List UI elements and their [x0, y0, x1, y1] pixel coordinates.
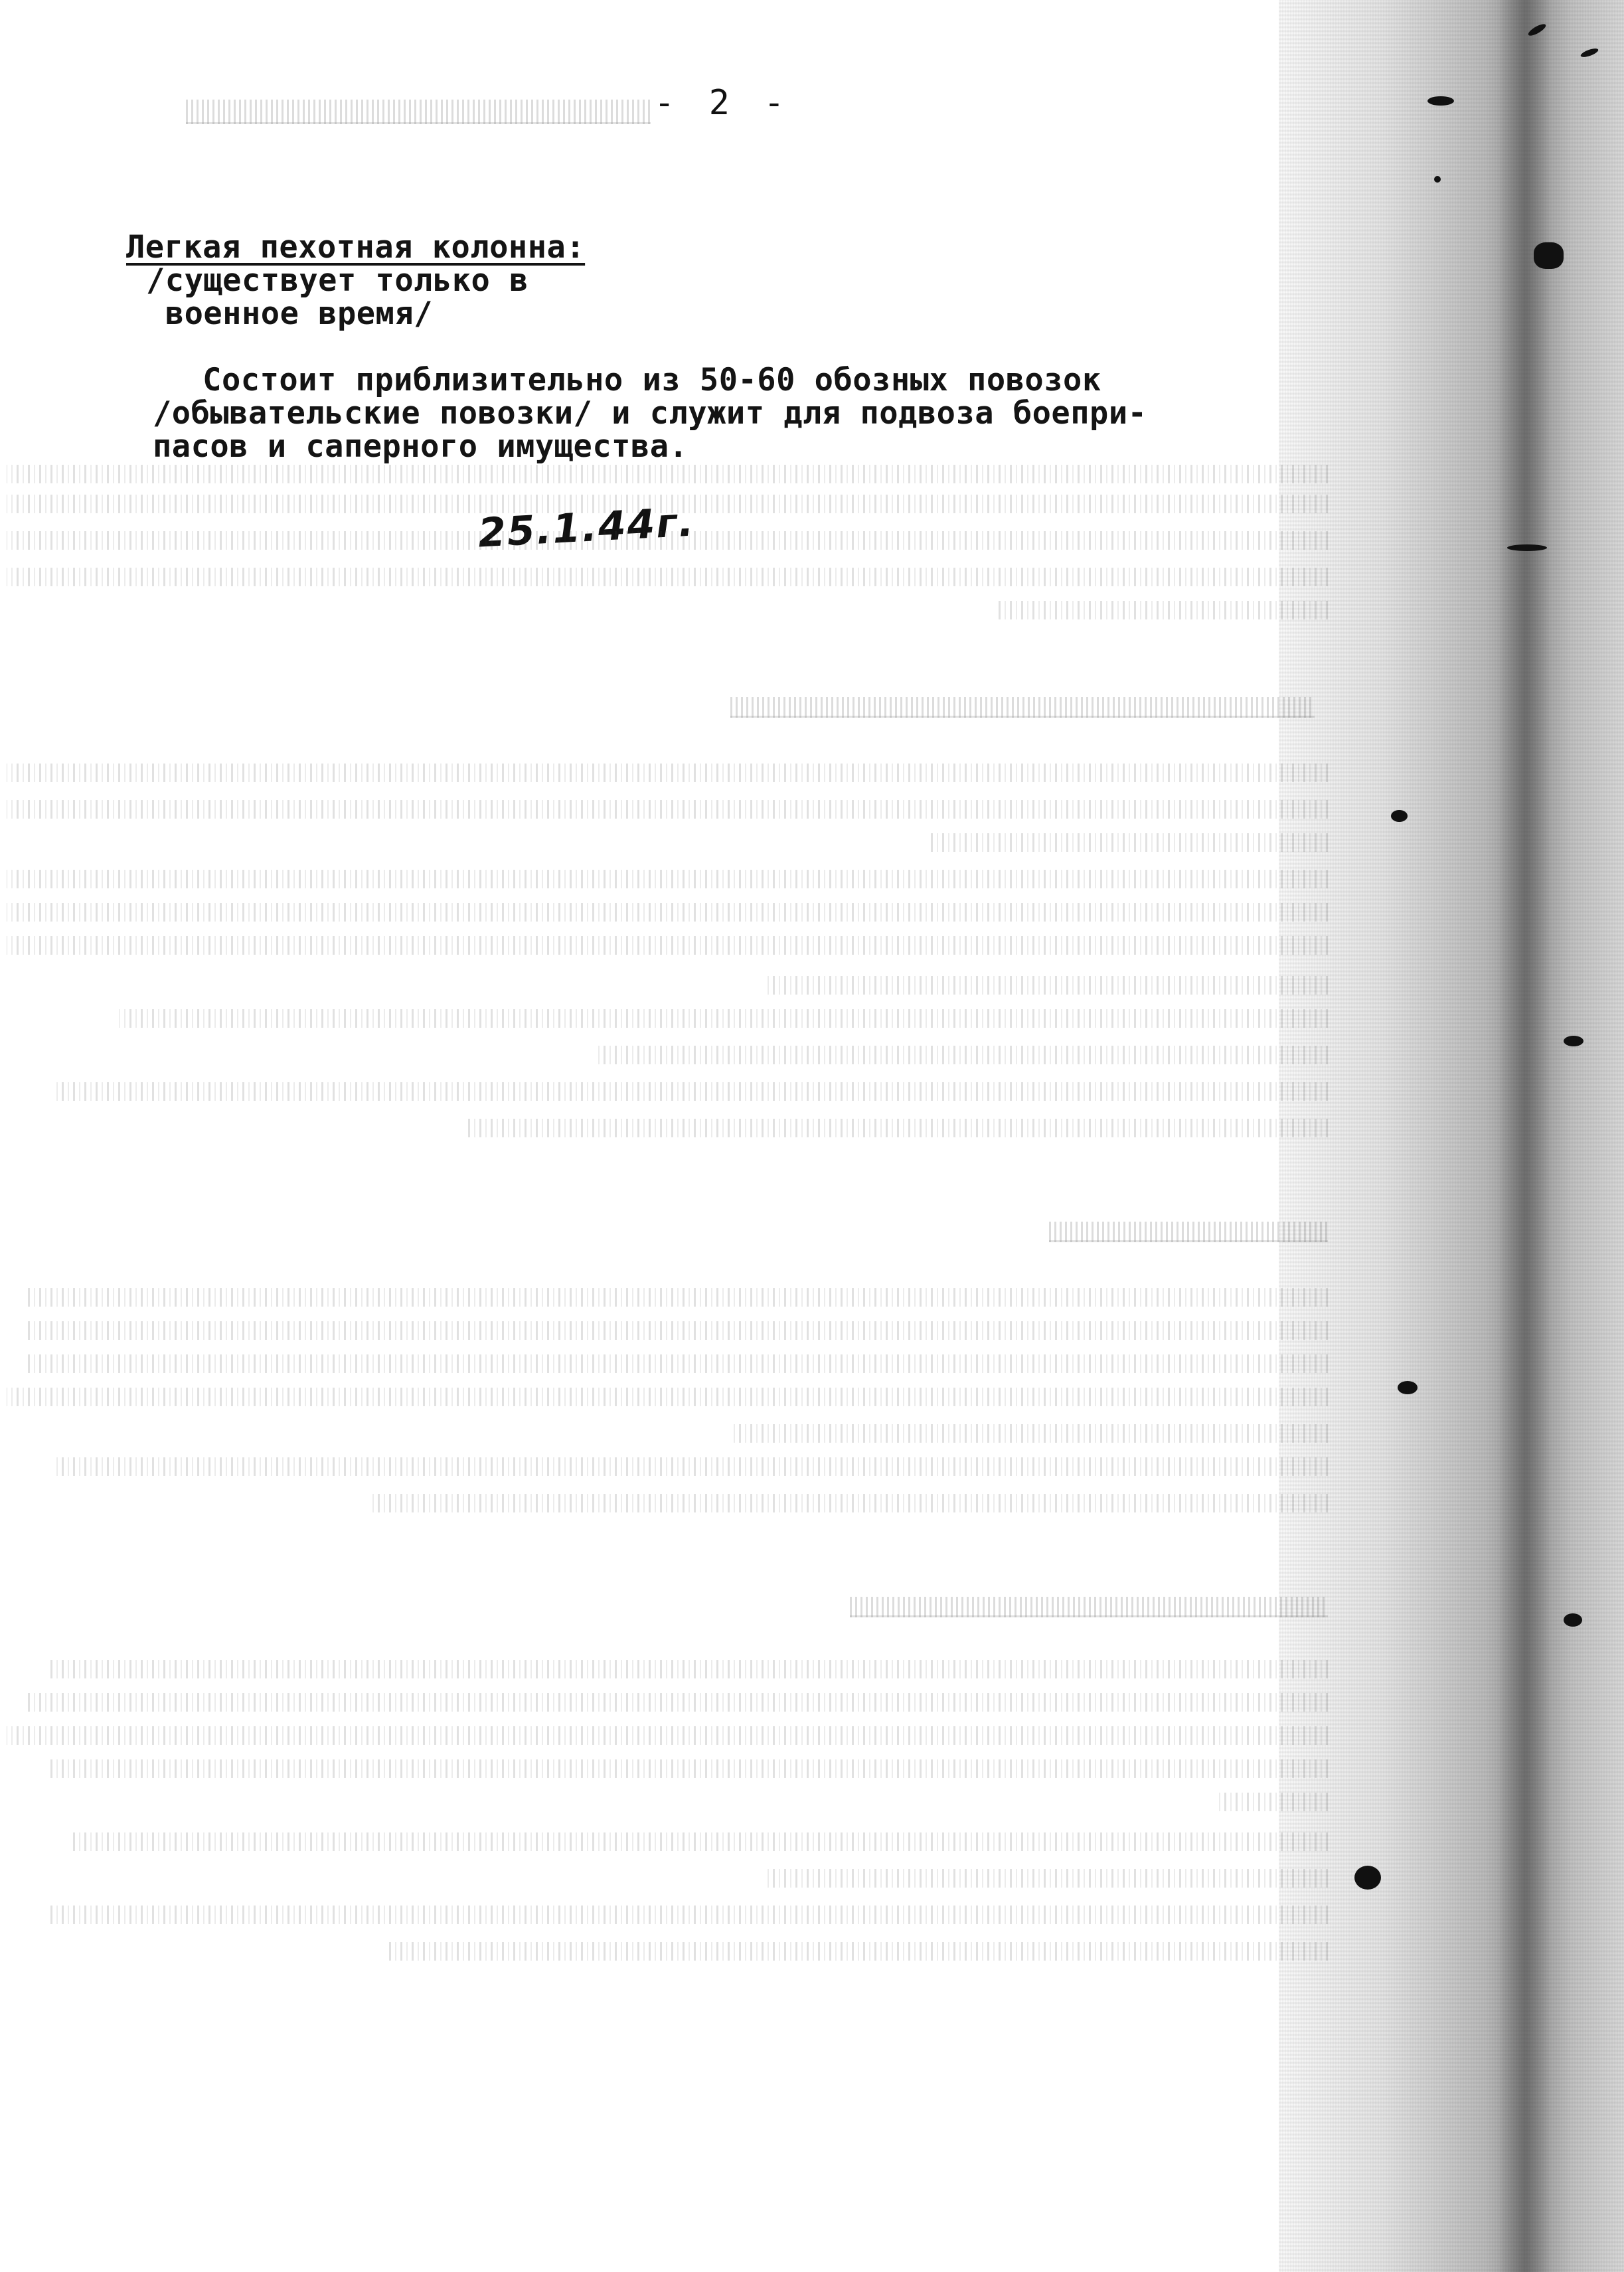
paragraph-line-3: пасов и саперного имущества.: [153, 430, 1414, 463]
binding-mark: [1391, 810, 1408, 822]
binding-edge-shadow: [1279, 0, 1624, 2272]
binding-crease: [1498, 0, 1551, 2272]
section-title: Легкая пехотная колонна:: [126, 231, 585, 264]
binding-mark: [1427, 96, 1454, 106]
binding-mark: [1564, 1613, 1582, 1627]
binding-mark: [1354, 1866, 1381, 1890]
section-note-line-2: военное время/: [146, 297, 433, 331]
section-note-line-1: /существует только в: [146, 264, 528, 297]
paragraph-line-2: /обывательские повозки/ и служит для под…: [153, 397, 1414, 430]
binding-mark: [1434, 176, 1441, 183]
document-page: - 2 - Легкая пехотная колонна: /существу…: [0, 0, 1624, 2272]
binding-mark: [1534, 242, 1564, 269]
bleed-through-header: [186, 100, 651, 124]
binding-mark: [1507, 544, 1547, 551]
page-number: - 2 -: [654, 83, 791, 123]
paragraph-line-1: Состоит приблизительно из 50-60 обозных …: [126, 364, 1388, 397]
binding-mark: [1564, 1036, 1583, 1046]
binding-mark: [1398, 1381, 1418, 1394]
